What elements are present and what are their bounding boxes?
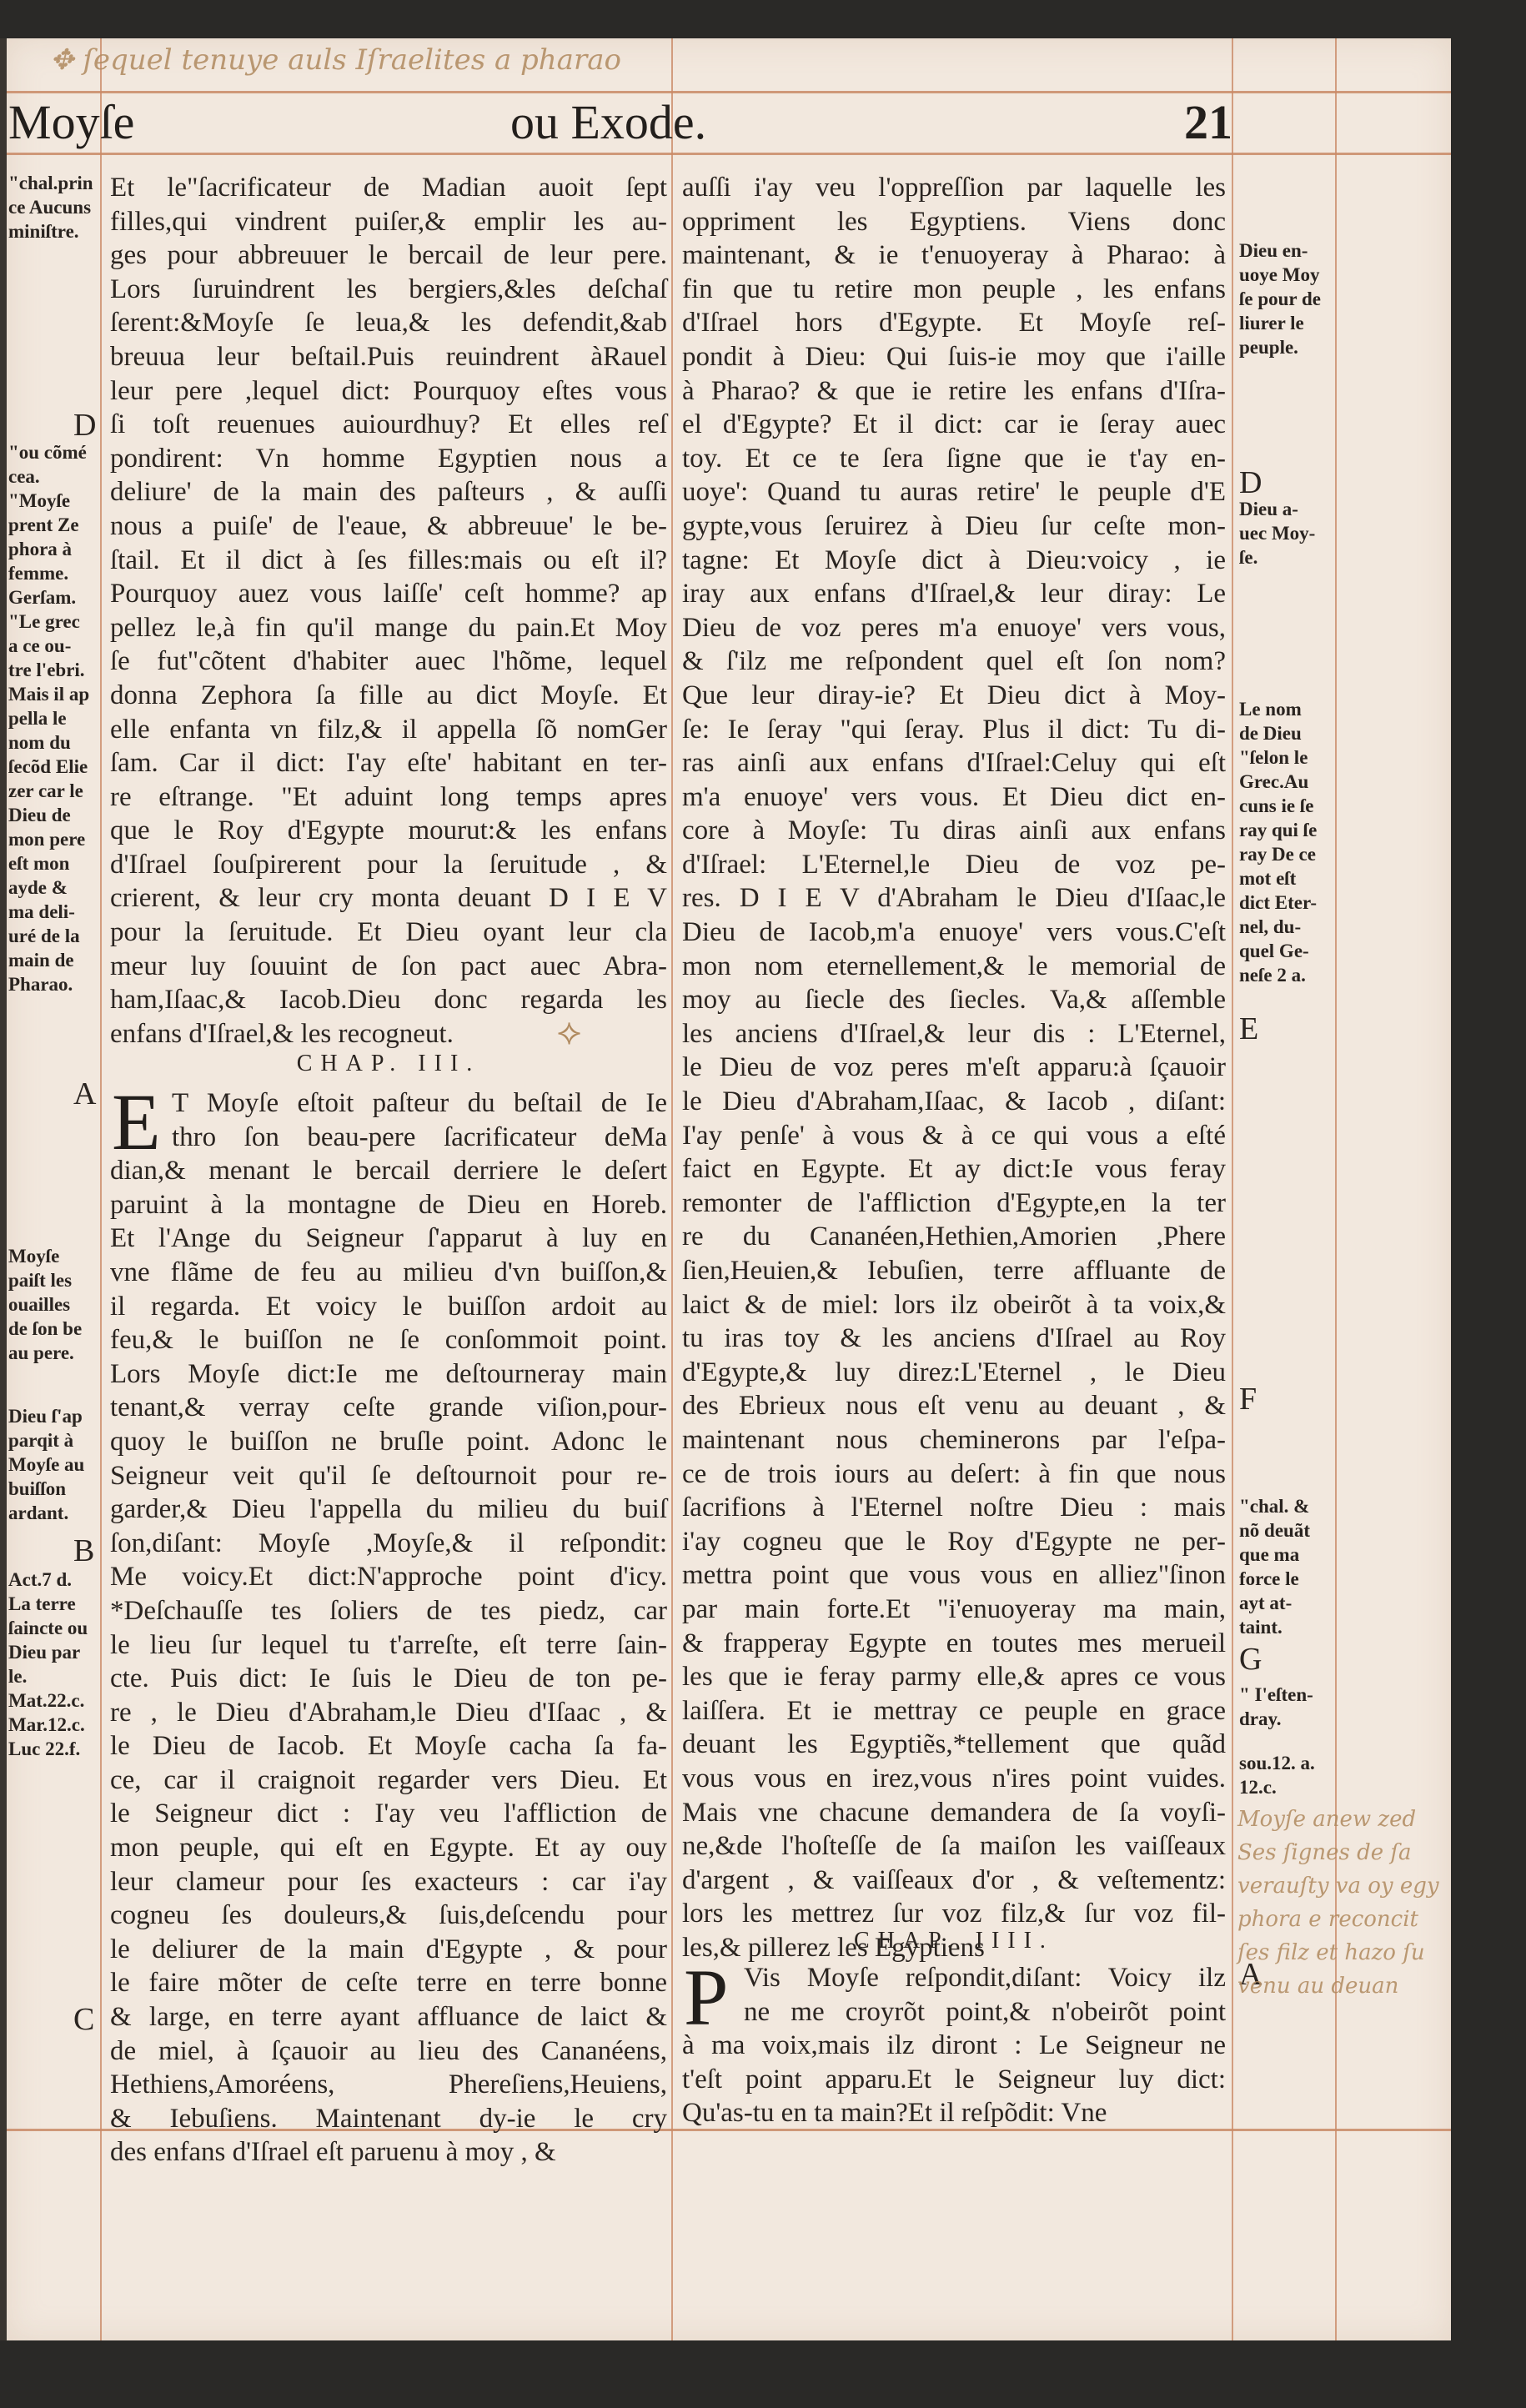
manuscript-line: Ses ſignes de ſa (1237, 1836, 1439, 1869)
text-line: les que ie feray parmy elle,& apres ce v… (682, 1660, 1226, 1694)
header-rule-bottom (7, 153, 1451, 155)
text-line: leur clameur pour ſes exacteurs : car i'… (110, 1865, 667, 1899)
text-line: feu,& le buiſſon ne ſe conſommoit point. (110, 1323, 667, 1357)
margin-note-line: quel Ge- (1239, 939, 1317, 963)
text-line: core à Moyſe: Tu diras ainſi aux enfans (682, 814, 1226, 848)
section-letter: C (73, 2001, 94, 2038)
text-line: le Seigneur dict : I'ay veu l'affliction… (110, 1797, 667, 1831)
section-letter: B (73, 1533, 94, 1569)
text-line: & large, en terre ayant affluance de lai… (110, 2000, 667, 2034)
text-line: vous vous en irez,vous n'ires point vuid… (682, 1762, 1226, 1796)
chapter-heading-4: CHAP. IIII. (682, 1928, 1226, 1954)
text-line: il regarda. Et voicy le buiſſon ardoit a… (110, 1290, 667, 1324)
column-1-text-a: Et le"ſacrificateur de Madian auoit ſept… (110, 171, 667, 1051)
manuscript-line: Moyſe anew zed (1237, 1803, 1439, 1836)
text-line: ges pour abbreuuer le bercail de leur pe… (110, 238, 667, 273)
margin-note: "chal.prince Aucunsminiſtre. (8, 171, 93, 243)
margin-note-line: nom du (8, 730, 89, 755)
margin-note-line: Luc 22.f. (8, 1737, 88, 1761)
margin-note-line: ray qui ſe (1239, 818, 1317, 842)
text-line: le Dieu de Iacob. Et Moyſe cacha ſa fa- (110, 1729, 667, 1763)
margin-note-line: "Moyſe (8, 489, 89, 513)
text-line: paruint à la montagne de Dieu en Horeb. (110, 1188, 667, 1222)
margin-note: "ou cõmécea."Moyſeprent Zephora àfemme.G… (8, 440, 89, 996)
margin-note-line: Act.7 d. (8, 1568, 88, 1592)
text-line: filles,qui vindrent puiſer,& emplir les … (110, 205, 667, 239)
text-line: cogneu ſes douleurs,& ſuis,deſcendu pour (110, 1899, 667, 1933)
text-line: auſſi i'ay veu l'oppreſſion par laquelle… (682, 171, 1226, 205)
text-line: laict & de miel: lors ilz obeirõt à ta v… (682, 1288, 1226, 1322)
margin-note-line: neſe 2 a. (1239, 963, 1317, 987)
text-line: enfans d'Iſrael,& les recogneut. (110, 1017, 667, 1051)
text-line: t'eſt point apparu.Et le Seigneur luy di… (682, 2063, 1226, 2097)
margin-note-line: femme. (8, 561, 89, 585)
text-line: i'ay cogneu que le Roy d'Egypte ne per- (682, 1525, 1226, 1559)
text-line: mettra point que vous vous en alliez"ſin… (682, 1558, 1226, 1593)
margin-note-line: au pere. (8, 1341, 82, 1365)
margin-note-line: Moyſe (8, 1244, 82, 1268)
text-line: T Moyſe eſtoit paſteur du beſtail de Ie (110, 1086, 667, 1121)
margin-note-line: paiſt les (8, 1268, 82, 1292)
text-line: mon nom eternellement,& le memorial de (682, 950, 1226, 984)
margin-note: "chal. &nõ deuãtque maforce leayt at-tai… (1239, 1494, 1310, 1639)
margin-note-line: sou.12. a. (1239, 1751, 1315, 1775)
margin-note-line: a ce ou- (8, 634, 89, 658)
margin-note-line: "ſelon le (1239, 745, 1317, 770)
text-line: Hethiens,Amoréens, Phereſiens,Heuiens, (110, 2068, 667, 2102)
margin-note-line: de Dieu (1239, 721, 1317, 745)
section-letter: E (1239, 1011, 1258, 1047)
text-line: cte. Puis dict: Ie ſuis le Dieu de ton p… (110, 1662, 667, 1696)
text-line: le deliurer de la main d'Egypte , & pour (110, 1933, 667, 1967)
margin-note-line: Moyſe au (8, 1452, 84, 1477)
text-line: & frapperay Egypte en toutes mes merueil (682, 1627, 1226, 1661)
text-line: le Dieu de voz peres m'eſt apparu:à ſçau… (682, 1051, 1226, 1085)
margin-note-line: ſe pour de (1239, 287, 1321, 311)
text-line: ſacrifions à l'Eternel noſtre Dieu : mai… (682, 1491, 1226, 1525)
text-line: de miel, à ſçauoir au lieu des Cananéens… (110, 2034, 667, 2069)
section-letter: F (1239, 1381, 1257, 1417)
text-line: par main forte.Et "i'enuoyeray ma main, (682, 1593, 1226, 1627)
margin-note-line: eſt mon (8, 851, 89, 875)
text-line: pellez le,à fin qu'il mange du pain.Et M… (110, 611, 667, 645)
margin-note: Moyſepaiſt lesouaillesde ſon beau pere. (8, 1244, 82, 1365)
section-letter: G (1239, 1641, 1262, 1678)
margin-note: Dieu en-uoye Moyſe pour deliurer lepeupl… (1239, 238, 1321, 359)
text-line: ſe fut"cõtent d'habiter auec l'hõme, leq… (110, 645, 667, 679)
text-line: tu iras toy & les anciens d'Iſrael au Ro… (682, 1322, 1226, 1356)
text-line: Qu'as-tu en ta main?Et il reſpõdit: Vne (682, 2096, 1226, 2130)
column-2-text-a: auſſi i'ay veu l'oppreſſion par laquelle… (682, 171, 1226, 1964)
text-line: ſi toſt reuenues auiourdhuy? Et elles re… (110, 408, 667, 442)
text-line: tenant,& verray ceſte grande viſion,pour… (110, 1391, 667, 1425)
column-1-text-b: T Moyſe eſtoit paſteur du beſtail de Iet… (110, 1086, 667, 2170)
text-line: ſon,diſant: Moyſe ,Moyſe,& il reſpondit: (110, 1527, 667, 1561)
margin-note-line: peuple. (1239, 335, 1321, 359)
text-line: I'ay penſe' à vous & à ce qui vous a eſt… (682, 1119, 1226, 1153)
text-line: lors les mettrez ſur voz filz,& ſur voz … (682, 1897, 1226, 1931)
text-line: le faire mõter de ceſte terre en terre b… (110, 1966, 667, 2000)
text-line: & ſ'ilz me reſpondent quel eſt ſon nom? (682, 645, 1226, 679)
margin-note-line: "chal. & (1239, 1494, 1310, 1518)
margin-note-line: prent Ze (8, 513, 89, 537)
text-line: Dieu de Iacob,m'a enuoye' vers vous.C'eſ… (682, 916, 1226, 950)
text-line: breuua leur beſtail.Puis reuindrent àRau… (110, 340, 667, 374)
text-line: Pourquoy auez vous laiſſe' ceſt homme? a… (110, 577, 667, 611)
text-line: des enfans d'Iſrael eſt paruenu à moy , … (110, 2135, 667, 2170)
text-line: Que leur diray-ie? Et Dieu dict à Moy- (682, 679, 1226, 713)
margin-note-line: parqit à (8, 1428, 84, 1452)
text-line: ne,&de l'hoſteſſe de ſa maiſon les vaiſſ… (682, 1829, 1226, 1864)
section-letter: A (73, 1076, 96, 1112)
text-line: Vis Moyſe reſpondit,diſant: Voicy ilz (682, 1961, 1226, 1995)
right-column-rule (1232, 38, 1233, 2340)
margin-note-line: ſaincte ou (8, 1616, 88, 1640)
margin-note-line: Pharao. (8, 972, 89, 996)
margin-note-line: le. (8, 1664, 88, 1688)
text-line: elle enfanta vn filz,& il appella ſõ nom… (110, 713, 667, 747)
text-line: pondirent: Vn homme Egyptien nous a (110, 442, 667, 476)
text-line: & Iebuſiens. Maintenant dy-ie le cry (110, 2102, 667, 2136)
text-line: faict en Egypte. Et ay dict:Ie vous fera… (682, 1152, 1226, 1186)
margin-note-line: ayde & (8, 875, 89, 900)
margin-note-line: "Le grec (8, 610, 89, 634)
margin-note-line: La terre (8, 1592, 88, 1616)
margin-note-line: force le (1239, 1567, 1310, 1591)
text-line: à Pharao? & que ie retire les enfans d'I… (682, 374, 1226, 409)
text-line: oppriment les Egyptiens. Viens donc (682, 205, 1226, 239)
text-line: deuant les Egyptiẽs,*tellement que quãd (682, 1728, 1226, 1762)
margin-note-line: liurer le (1239, 311, 1321, 335)
text-line: laiſſera. Et ie mettray ce peuple en gra… (682, 1694, 1226, 1728)
manuscript-note-top: ✥ ſequel tenuye auls Iſraelites a pharao (50, 43, 621, 77)
margin-note-line: ce Aucuns (8, 195, 93, 219)
margin-note-line: Mais il ap (8, 682, 89, 706)
text-line: ſtail. Et il dict à ſes filles:mais ou e… (110, 544, 667, 578)
header-rule-top (7, 91, 1451, 93)
margin-note: " I'eſten-dray. (1239, 1683, 1313, 1731)
text-line: d'Iſrael hors d'Egypte. Et Moyſe reſ- (682, 306, 1226, 340)
margin-note-line: uoye Moy (1239, 263, 1321, 287)
margin-note-line: Le nom (1239, 697, 1317, 721)
margin-note-line: ouailles (8, 1292, 82, 1317)
text-line: m'a enuoye' vers vous. Et Dieu dict en- (682, 780, 1226, 815)
margin-note-line: mot eſt (1239, 866, 1317, 890)
margin-note-line: cuns ie ſe (1239, 794, 1317, 818)
text-line: deliure' de la main des paſteurs , & auſ… (110, 475, 667, 509)
text-line: dian,& menant le bercail derriere le deſ… (110, 1154, 667, 1188)
text-line: Dieu de voz peres m'a enuoye' vers vous, (682, 611, 1226, 645)
text-line: re , le Dieu d'Abraham,le Dieu d'Iſaac ,… (110, 1696, 667, 1730)
left-margin-rule (100, 38, 102, 2340)
text-line: ras ainſi aux enfans d'Iſrael:Celuy qui … (682, 746, 1226, 780)
text-line: vne flãme de feu au milieu d'vn buiſſon,… (110, 1256, 667, 1290)
margin-note: Dieu ſ'apparqit àMoyſe aubuiſſonardant. (8, 1404, 84, 1525)
margin-note-line: nel, du- (1239, 915, 1317, 939)
text-line: toy. Et ce te ſera ſigne que ie t'ay en- (682, 442, 1226, 476)
text-line: des Ebrieux nous eſt venu au deuant , & (682, 1389, 1226, 1423)
text-line: ce de trois iours au deſert: à fin que n… (682, 1457, 1226, 1492)
manuscript-note-top-text: ſequel tenuye auls Iſraelites a pharao (83, 43, 621, 77)
margin-note-line: ſe. (1239, 545, 1315, 569)
text-line: que le Roy d'Egypte mourut:& les enfans (110, 814, 667, 848)
margin-note-line: Dieu a- (1239, 497, 1315, 521)
margin-note-line: que ma (1239, 1543, 1310, 1567)
text-line: donna Zephora ſa fille au dict Moyſe. Et (110, 679, 667, 713)
margin-note-line: phora à (8, 537, 89, 561)
section-letter: D (1239, 464, 1262, 501)
margin-note-line: ray De ce (1239, 842, 1317, 866)
text-line: re du Cananéen,Hethien,Amorien ,Phere (682, 1220, 1226, 1254)
text-line: pondit à Dieu: Qui ſuis-ie moy que i'ail… (682, 340, 1226, 374)
text-line: d'Iſrael ſouſpirerent pour la ſeruitude … (110, 848, 667, 882)
margin-note-line: buiſſon (8, 1477, 84, 1501)
margin-note: Dieu a-uec Moy-ſe. (1239, 497, 1315, 569)
manuscript-line: ſes filz et hazo ſu (1237, 1936, 1439, 1969)
text-line: garder,& Dieu l'appella du milieu du bui… (110, 1492, 667, 1527)
manuscript-mark-icon: ✥ (50, 43, 74, 77)
column-divider-rule (671, 38, 673, 2340)
text-line: tagne: Et Moyſe dict à Dieu:voicy , ie (682, 544, 1226, 578)
text-line: d'argent , & vaiſſeaux d'or , & veſtemen… (682, 1864, 1226, 1898)
margin-note-line: miniſtre. (8, 219, 93, 243)
margin-note-line: Dieu en- (1239, 238, 1321, 263)
section-letter: D (73, 407, 96, 444)
text-line: meur luy ſouuint de ſon pact auec Abra- (110, 950, 667, 984)
manuscript-note-bottom-right: Moyſe anew zedSes ſignes de ſaverauſty v… (1237, 1803, 1439, 2003)
column-2-text-b: Vis Moyſe reſpondit,diſant: Voicy ilzne … (682, 1961, 1226, 2130)
text-line: remonter de l'affliction d'Egypte,en la … (682, 1186, 1226, 1221)
text-line: le lieu ſur lequel tu t'arreſte, eſt ter… (110, 1628, 667, 1663)
margin-note-line: Gerſam. (8, 585, 89, 610)
manuscript-line: verauſty va oy egy (1237, 1869, 1439, 1903)
text-line: les anciens d'Iſrael,& leur dis : L'Eter… (682, 1017, 1226, 1051)
margin-note-line: taint. (1239, 1615, 1310, 1639)
text-line: el d'Egypte? Et il dict: car ie ſeray au… (682, 408, 1226, 442)
text-line: maintenant nous cheminerons par l'eſpa- (682, 1423, 1226, 1457)
text-line: Et le"ſacrificateur de Madian auoit ſept (110, 171, 667, 205)
margin-note-line: cea. (8, 464, 89, 489)
text-line: Lors ſuruindrent les bergiers,&les deſch… (110, 273, 667, 307)
margin-note-line: tre l'ebri. (8, 658, 89, 682)
margin-note-line: mon pere (8, 827, 89, 851)
margin-note-line: ardant. (8, 1501, 84, 1525)
text-line: quoy le buiſſon ne bruſle point. Adonc l… (110, 1425, 667, 1459)
text-line: d'Iſrael: L'Eternel,le Dieu de voz pe- (682, 848, 1226, 882)
margin-note-line: 12.c. (1239, 1775, 1315, 1799)
text-line: fin que tu retire mon peuple , les enfan… (682, 273, 1226, 307)
text-line: d'Egypte,& luy direz:L'Eternel , le Dieu (682, 1356, 1226, 1390)
text-line: res. D I E V d'Abraham le Dieu d'Iſaac,l… (682, 881, 1226, 916)
text-line: Mais vne chacune demandera de ſa voyſi- (682, 1796, 1226, 1830)
manuscript-line: phora e reconcit (1237, 1903, 1439, 1936)
text-line: thro ſon beau-pere ſacrificateur deMa (110, 1121, 667, 1155)
text-line: iray aux enfans d'Iſrael,& leur diray: L… (682, 577, 1226, 611)
running-header-left: Moyſe (8, 93, 134, 152)
margin-note-line: uec Moy- (1239, 521, 1315, 545)
text-line: ſien,Heuien,& Iebuſien, terre affluante … (682, 1254, 1226, 1288)
margin-note-line: Mar.12.c. (8, 1713, 88, 1737)
margin-note-line: uré de la (8, 924, 89, 948)
margin-note-line: Dieu ſ'ap (8, 1404, 84, 1428)
margin-note-line: nõ deuãt (1239, 1518, 1310, 1543)
margin-note-line: " I'eſten- (1239, 1683, 1313, 1707)
margin-note-line: Mat.22.c. (8, 1688, 88, 1713)
text-line: maintenant, & ie t'enuoyeray à Pharao: à (682, 238, 1226, 273)
page-number: 21 (1184, 93, 1232, 152)
text-line: *Deſchauſſe tes ſoliers de tes piedz, ca… (110, 1594, 667, 1628)
manuscript-line: venu au deuan (1237, 1969, 1439, 2003)
text-line: crierent, & leur cry monta deuant D I E … (110, 881, 667, 916)
margin-note-line: de ſon be (8, 1317, 82, 1341)
text-line: gypte,vous ſeruirez à Dieu ſur ceſte mon… (682, 509, 1226, 544)
fleuron-icon: ⟡ (557, 1011, 581, 1053)
text-line: ce, car il craignoit regarder vers Dieu.… (110, 1763, 667, 1798)
margin-note-line: dray. (1239, 1707, 1313, 1731)
margin-note-line: "ou cõmé (8, 440, 89, 464)
margin-note-line: zer car le (8, 779, 89, 803)
text-line: uoye': Quand tu auras retire' le peuple … (682, 475, 1226, 509)
text-line: Et l'Ange du Seigneur ſ'apparut à luy en (110, 1222, 667, 1256)
text-line: à ma voix,mais ilz diront : Le Seigneur … (682, 2029, 1226, 2063)
margin-note: Le nomde Dieu"ſelon leGrec.Aucuns ie ſer… (1239, 697, 1317, 987)
text-line: ham,Iſaac,& Iacob.Dieu donc regarda les (110, 983, 667, 1017)
text-line: leur pere ,lequel dict: Pourquoy eſtes v… (110, 374, 667, 409)
text-line: mon peuple, qui eſt en Egypte. Et ay ouy (110, 1831, 667, 1865)
margin-note-line: ſecõd Elie (8, 755, 89, 779)
margin-note-line: Dieu par (8, 1640, 88, 1664)
text-line: re eſtrange. "Et aduint long temps apres (110, 780, 667, 815)
margin-note-line: dict Eter- (1239, 890, 1317, 915)
margin-note-line: pella le (8, 706, 89, 730)
text-line: pour la ſeruitude. Et Dieu oyant leur cl… (110, 916, 667, 950)
text-line: Me voicy.Et dict:N'approche point d'icy. (110, 1560, 667, 1594)
margin-note: Act.7 d.La terreſaincte ouDieu parle.Mat… (8, 1568, 88, 1761)
margin-note-line: ma deli- (8, 900, 89, 924)
margin-note-line: Grec.Au (1239, 770, 1317, 794)
text-line: Lors Moyſe dict:Ie me deſtourneray main (110, 1357, 667, 1392)
text-line: ſam. Car il dict: I'ay eſte' habitant en… (110, 746, 667, 780)
text-line: Seigneur veit qu'il ſe deſtournoit pour … (110, 1459, 667, 1493)
running-header-center: ou Exode. (510, 93, 706, 152)
text-line: le Dieu d'Abraham,Iſaac, & Iacob , diſan… (682, 1085, 1226, 1119)
margin-note-line: main de (8, 948, 89, 972)
margin-note-line: "chal.prin (8, 171, 93, 195)
chapter-heading-3: CHAP. III. (110, 1051, 667, 1077)
text-line: moy au ſiecle des ſiecles. Va,& aſſemble (682, 983, 1226, 1017)
margin-note: sou.12. a.12.c. (1239, 1751, 1315, 1799)
margin-note-line: ayt at- (1239, 1591, 1310, 1615)
text-line: ne me croyrõt point,& n'obeirõt point (682, 1995, 1226, 2029)
text-line: ſe: Ie ſeray "qui ſeray. Plus il dict: T… (682, 713, 1226, 747)
text-line: ſerent:&Moyſe ſe leua,& les defendit,&ab (110, 306, 667, 340)
text-line: nous a puiſe' de l'eaue, & abbreuue' le … (110, 509, 667, 544)
margin-note-line: Dieu de (8, 803, 89, 827)
binding-edge (0, 38, 7, 2340)
